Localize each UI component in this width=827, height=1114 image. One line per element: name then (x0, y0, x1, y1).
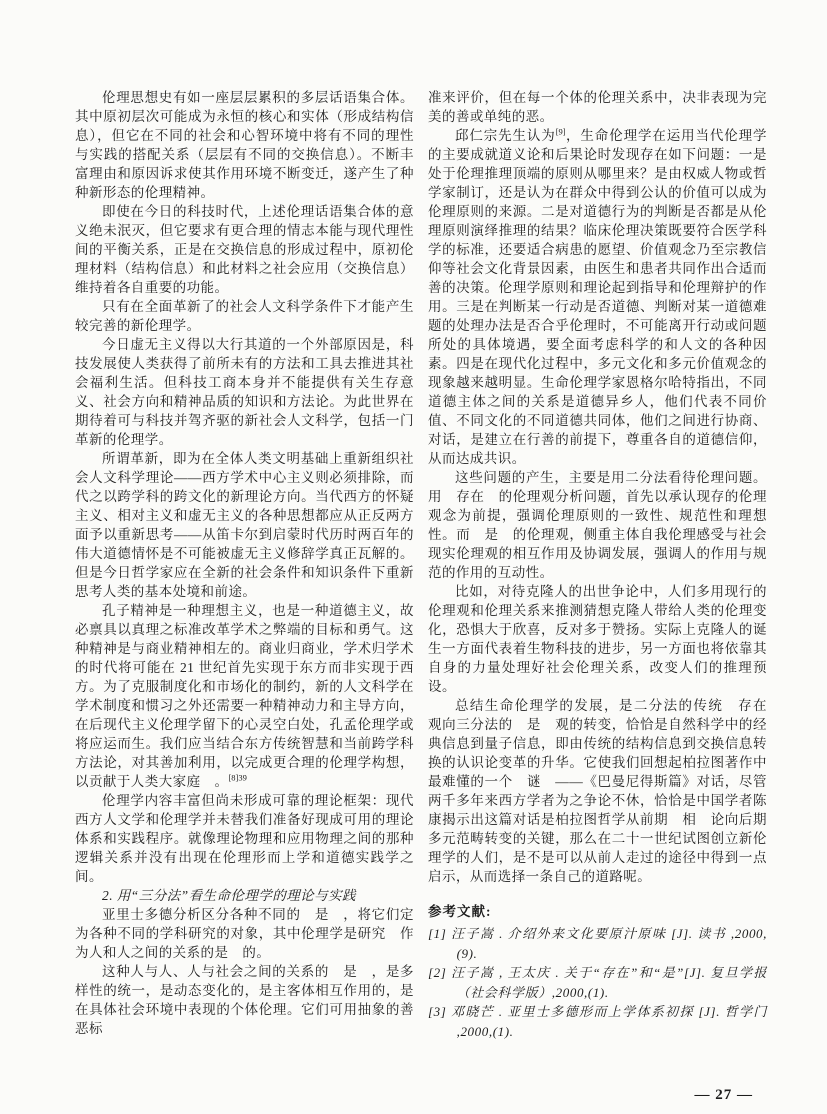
paragraph: 只有在全面革新了的社会人文科学条件下才能产生较完善的新伦理学。 (75, 297, 414, 335)
reference-item: [3] 邓晓芒 . 亚里士多德形而上学体系初探 [J]. 哲学门 ,2000,(… (428, 1002, 767, 1041)
paragraph: 准来评价，但在每一个体的伦理关系中，决非表现为完美的善或单纯的恶。 (428, 88, 767, 126)
paragraph: 总结生命伦理学的发展，是二分法的传统 存在 观向三分法的 是 观的转变，恰恰是自… (428, 696, 767, 886)
references-heading: 参考文献: (428, 902, 767, 922)
paragraph: 亚里士多德分析区分各种不同的 是 ，将它们定为各种不同的学科研究的对象，其中伦理… (75, 905, 414, 962)
text-run: 即使在今日的科技时代，上述伦理话语集合体的意义绝未泯灭，但它要求有更合理的情志本… (75, 204, 414, 295)
page-number: — 27 — (428, 1087, 767, 1104)
paragraph: 所谓革新，即为在全体人类文明基础上重新组织社会人文科学理论——西方学术中心主义则… (75, 449, 414, 601)
text-run: ，生命伦理学在运用当代伦理学的主要成就道义论和后果论时发现存在如下问题：一是处于… (428, 128, 767, 466)
reference-item: [2] 汪子嵩 , 王太庆 . 关于“存在”和“是”[J]. 复旦学报（社会科学… (428, 963, 767, 1002)
references-section: 参考文献: [1] 汪子嵩 . 介绍外来文化要原汁原味 [J]. 读书 ,200… (428, 902, 767, 1041)
right-column: 准来评价，但在每一个体的伦理关系中，决非表现为完美的善或单纯的恶。邱仁宗先生认为… (428, 88, 767, 1104)
paragraph: 即使在今日的科技时代，上述伦理话语集合体的意义绝未泯灭，但它要求有更合理的情志本… (75, 202, 414, 297)
page-content: 伦理思想史有如一座层层累积的多层话语集合体。其中原初层次可能成为永恒的核心和实体… (75, 88, 767, 1104)
text-run: 亚里士多德分析区分各种不同的 是 ，将它们定为各种不同的学科研究的对象，其中伦理… (75, 907, 414, 960)
paragraph: 伦理学内容丰富但尚未形成可靠的理论框架：现代西方人文学和伦理学并未替我们准备好现… (75, 791, 414, 886)
text-run: 所谓革新，即为在全体人类文明基础上重新组织社会人文科学理论——西方学术中心主义则… (75, 451, 414, 599)
text-run: 今日虚无主义得以大行其道的一个外部原因是，科技发展使人类获得了前所未有的方法和工… (75, 337, 414, 447)
text-run: 2. 用“三分法”看生命伦理学的理论与实践 (102, 888, 356, 903)
paper-page: 伦理思想史有如一座层层累积的多层话语集合体。其中原初层次可能成为永恒的核心和实体… (0, 0, 827, 1114)
text-run: 伦理思想史有如一座层层累积的多层话语集合体。其中原初层次可能成为永恒的核心和实体… (75, 90, 414, 200)
text-run: 这些问题的产生，主要是用二分法看待伦理问题。用 存在 的伦理观分析问题，首先以承… (428, 470, 767, 580)
text-run: 只有在全面革新了的社会人文科学条件下才能产生较完善的新伦理学。 (75, 299, 414, 333)
text-run: 总结生命伦理学的发展，是二分法的传统 存在 观向三分法的 是 观的转变，恰恰是自… (428, 698, 781, 884)
paragraph: 邱仁宗先生认为[9]，生命伦理学在运用当代伦理学的主要成就道义论和后果论时发现存… (428, 126, 767, 468)
left-column: 伦理思想史有如一座层层累积的多层话语集合体。其中原初层次可能成为永恒的核心和实体… (75, 88, 414, 1104)
paragraph: 这种人与人、人与社会之间的关系的 是 ，是多样性的统一，是动态变化的，是主客体相… (75, 962, 414, 1038)
paragraph: 今日虚无主义得以大行其道的一个外部原因是，科技发展使人类获得了前所未有的方法和工… (75, 335, 414, 449)
text-run: 伦理学内容丰富但尚未形成可靠的理论框架：现代西方人文学和伦理学并未替我们准备好现… (75, 793, 414, 884)
text-run: 孔子精神是一种理想主义，也是一种道德主义，故必禀具以真理之标准改革学术之弊端的目… (75, 603, 414, 789)
paragraph: 伦理思想史有如一座层层累积的多层话语集合体。其中原初层次可能成为永恒的核心和实体… (75, 88, 414, 202)
text-run: 准来评价，但在每一个体的伦理关系中，决非表现为完美的善或单纯的恶。 (428, 90, 767, 124)
references-list: [1] 汪子嵩 . 介绍外来文化要原汁原味 [J]. 读书 ,2000,(9).… (428, 924, 767, 1041)
citation-superscript: [8]39 (228, 773, 246, 783)
citation-superscript: [9] (556, 127, 566, 137)
reference-item: [1] 汪子嵩 . 介绍外来文化要原汁原味 [J]. 读书 ,2000,(9). (428, 924, 767, 963)
paragraph: 比如，对待克隆人的出世争论中，人们多用现行的伦理观和伦理关系来推测猜想克隆人带给… (428, 582, 767, 696)
text-run: 这种人与人、人与社会之间的关系的 是 ，是多样性的统一，是动态变化的，是主客体相… (75, 964, 414, 1036)
text-run: 比如，对待克隆人的出世争论中，人们多用现行的伦理观和伦理关系来推测猜想克隆人带给… (428, 584, 767, 694)
paragraph: 这些问题的产生，主要是用二分法看待伦理问题。用 存在 的伦理观分析问题，首先以承… (428, 468, 767, 582)
text-run: 邱仁宗先生认为 (455, 128, 556, 143)
section-heading: 2. 用“三分法”看生命伦理学的理论与实践 (75, 886, 414, 905)
paragraph: 孔子精神是一种理想主义，也是一种道德主义，故必禀具以真理之标准改革学术之弊端的目… (75, 601, 414, 791)
